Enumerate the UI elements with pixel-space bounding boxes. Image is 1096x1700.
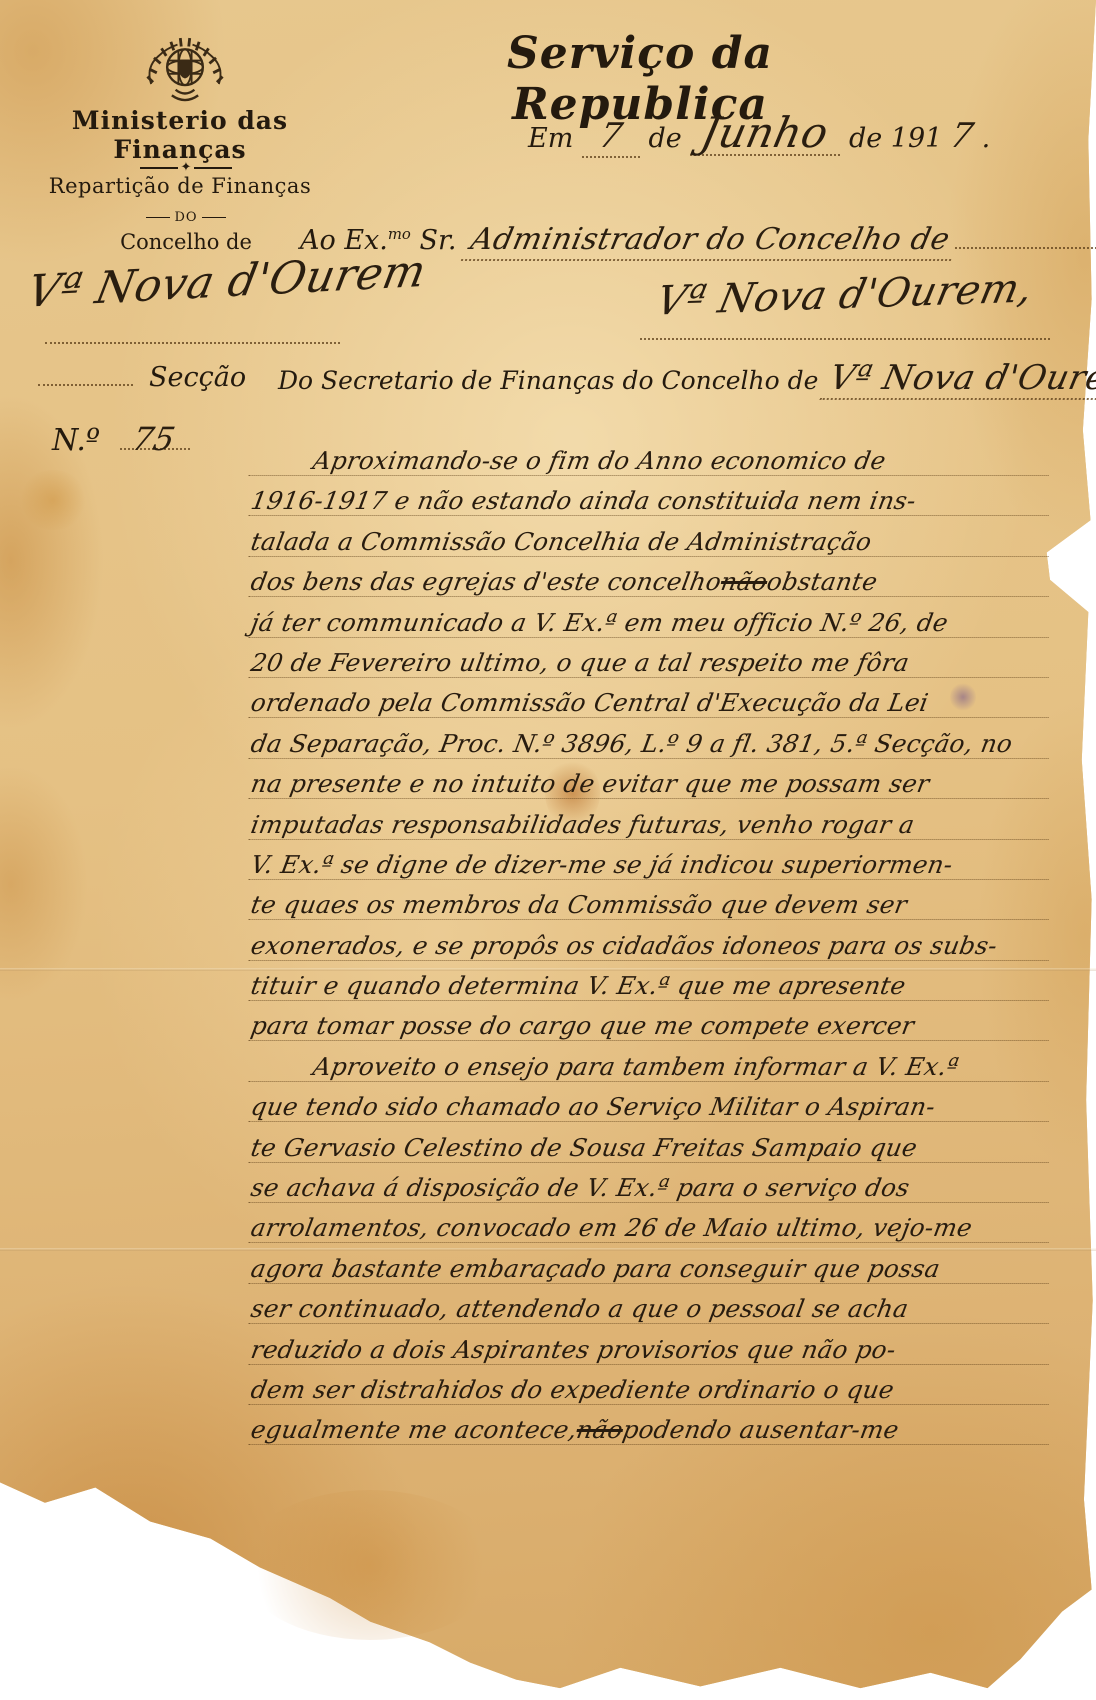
handwritten-line: exonerados, e se propôs os cidadãos idon… bbox=[248, 921, 1055, 961]
date-de2: de 191 bbox=[849, 123, 942, 154]
handwritten-line: arrolamentos, convocado em 26 de Maio ul… bbox=[248, 1203, 1055, 1243]
date-end: . bbox=[982, 123, 991, 154]
date-day-blank: 7 bbox=[582, 116, 640, 158]
concelho-label: Concelho de bbox=[96, 230, 276, 254]
handwritten-line: imputadas responsabilidades futuras, ven… bbox=[248, 800, 1055, 840]
handwritten-line: talada a Commissão Concelhia de Administ… bbox=[248, 517, 1055, 557]
handwritten-line: da Separação, Proc. N.º 3896, L.º 9 a fl… bbox=[248, 719, 1055, 759]
handwritten-line: ordenado pela Commissão Central d'Execuç… bbox=[248, 678, 1055, 718]
addressee-row: Ao Ex.mo Sr. Administrador do Concelho d… bbox=[300, 222, 1060, 261]
handwritten-line: 1916-1917 e não estando ainda constituid… bbox=[248, 476, 1055, 516]
struck-word: não bbox=[719, 568, 770, 597]
dotted-line bbox=[640, 338, 1050, 340]
number-handwritten-value: 75 bbox=[129, 420, 179, 458]
handwritten-line: que tendo sido chamado ao Serviço Milita… bbox=[248, 1082, 1055, 1122]
dotted-blank bbox=[38, 384, 133, 386]
handwritten-line: 20 de Fevereiro ultimo, o que a tal resp… bbox=[248, 638, 1055, 678]
do-label: DO bbox=[128, 210, 244, 225]
handwritten-line: reduzido a dois Aspirantes provisorios q… bbox=[248, 1325, 1055, 1365]
republic-coat-of-arms-icon bbox=[138, 26, 232, 114]
date-line: Em 7 de Junho de 191 7 . bbox=[528, 108, 988, 158]
department-title: Repartição de Finanças bbox=[30, 174, 330, 198]
handwritten-line: na presente e no intuito de evitar que m… bbox=[248, 759, 1055, 799]
struck-word: não bbox=[574, 1416, 625, 1445]
salutation: Ao Ex.mo Sr. bbox=[300, 225, 457, 256]
dotted-line bbox=[45, 342, 340, 344]
handwritten-line: já ter communicado a V. Ex.ª em meu offi… bbox=[248, 598, 1055, 638]
handwritten-line: Aproveito o ensejo para tambem informar … bbox=[248, 1042, 1055, 1082]
handwritten-line: se achava á disposição de V. Ex.ª para o… bbox=[248, 1163, 1055, 1203]
handwritten-line: te Gervasio Celestino de Sousa Freitas S… bbox=[248, 1123, 1055, 1163]
handwritten-line: dos bens das egrejas d'este concelho não… bbox=[248, 557, 1055, 597]
scanned-letter: Ministerio das Finanças ✦ Repartição de … bbox=[0, 0, 1096, 1700]
number-label: N.º bbox=[52, 423, 100, 458]
handwritten-line: dem ser distrahidos do expediente ordina… bbox=[248, 1365, 1055, 1405]
addressee-handwritten: Administrador do Concelho de bbox=[461, 222, 959, 261]
dotted-blank bbox=[955, 247, 1096, 249]
date-month-blank: Junho bbox=[690, 108, 840, 156]
shield bbox=[179, 60, 190, 79]
date-de1: de bbox=[649, 123, 682, 154]
handwritten-line: ser continuado, attendendo a que o pesso… bbox=[248, 1284, 1055, 1324]
ornament-divider: ✦ bbox=[128, 160, 244, 175]
date-year-digit-handwritten: 7 bbox=[947, 116, 978, 156]
date-month-handwritten: Junho bbox=[697, 108, 833, 157]
handwritten-line: te quaes os membros da Commissão que dev… bbox=[248, 880, 1055, 920]
date-day-handwritten: 7 bbox=[596, 116, 627, 156]
handwritten-line: egualmente me acontece, não podendo ause… bbox=[248, 1405, 1055, 1445]
handwritten-line: Aproximando-se o fim do Anno economico d… bbox=[248, 436, 1055, 476]
sender-printed: Do Secretario de Finanças do Concelho de bbox=[278, 366, 818, 395]
body-lines: Aproximando-se o fim do Anno economico d… bbox=[252, 436, 1052, 1446]
sender-row: Do Secretario de Finanças do Concelho de… bbox=[278, 358, 1078, 400]
handwritten-line: para tomar posse do cargo que me compete… bbox=[248, 1001, 1055, 1041]
handwritten-line: agora bastante embaraçado para conseguir… bbox=[248, 1244, 1055, 1284]
date-prefix: Em bbox=[528, 123, 573, 154]
sender-place-handwritten: Vª Nova d'Ourem bbox=[820, 358, 1096, 400]
seccao-row: Secção bbox=[38, 362, 246, 393]
ministry-title: Ministerio das Finanças bbox=[30, 106, 330, 164]
number-row: N.º 75 bbox=[52, 420, 190, 458]
handwritten-line: tituir e quando determina V. Ex.ª que me… bbox=[248, 961, 1055, 1001]
seccao-label: Secção bbox=[149, 362, 246, 393]
handwritten-line: V. Ex.ª se digne de dizer-me se já indic… bbox=[248, 840, 1055, 880]
